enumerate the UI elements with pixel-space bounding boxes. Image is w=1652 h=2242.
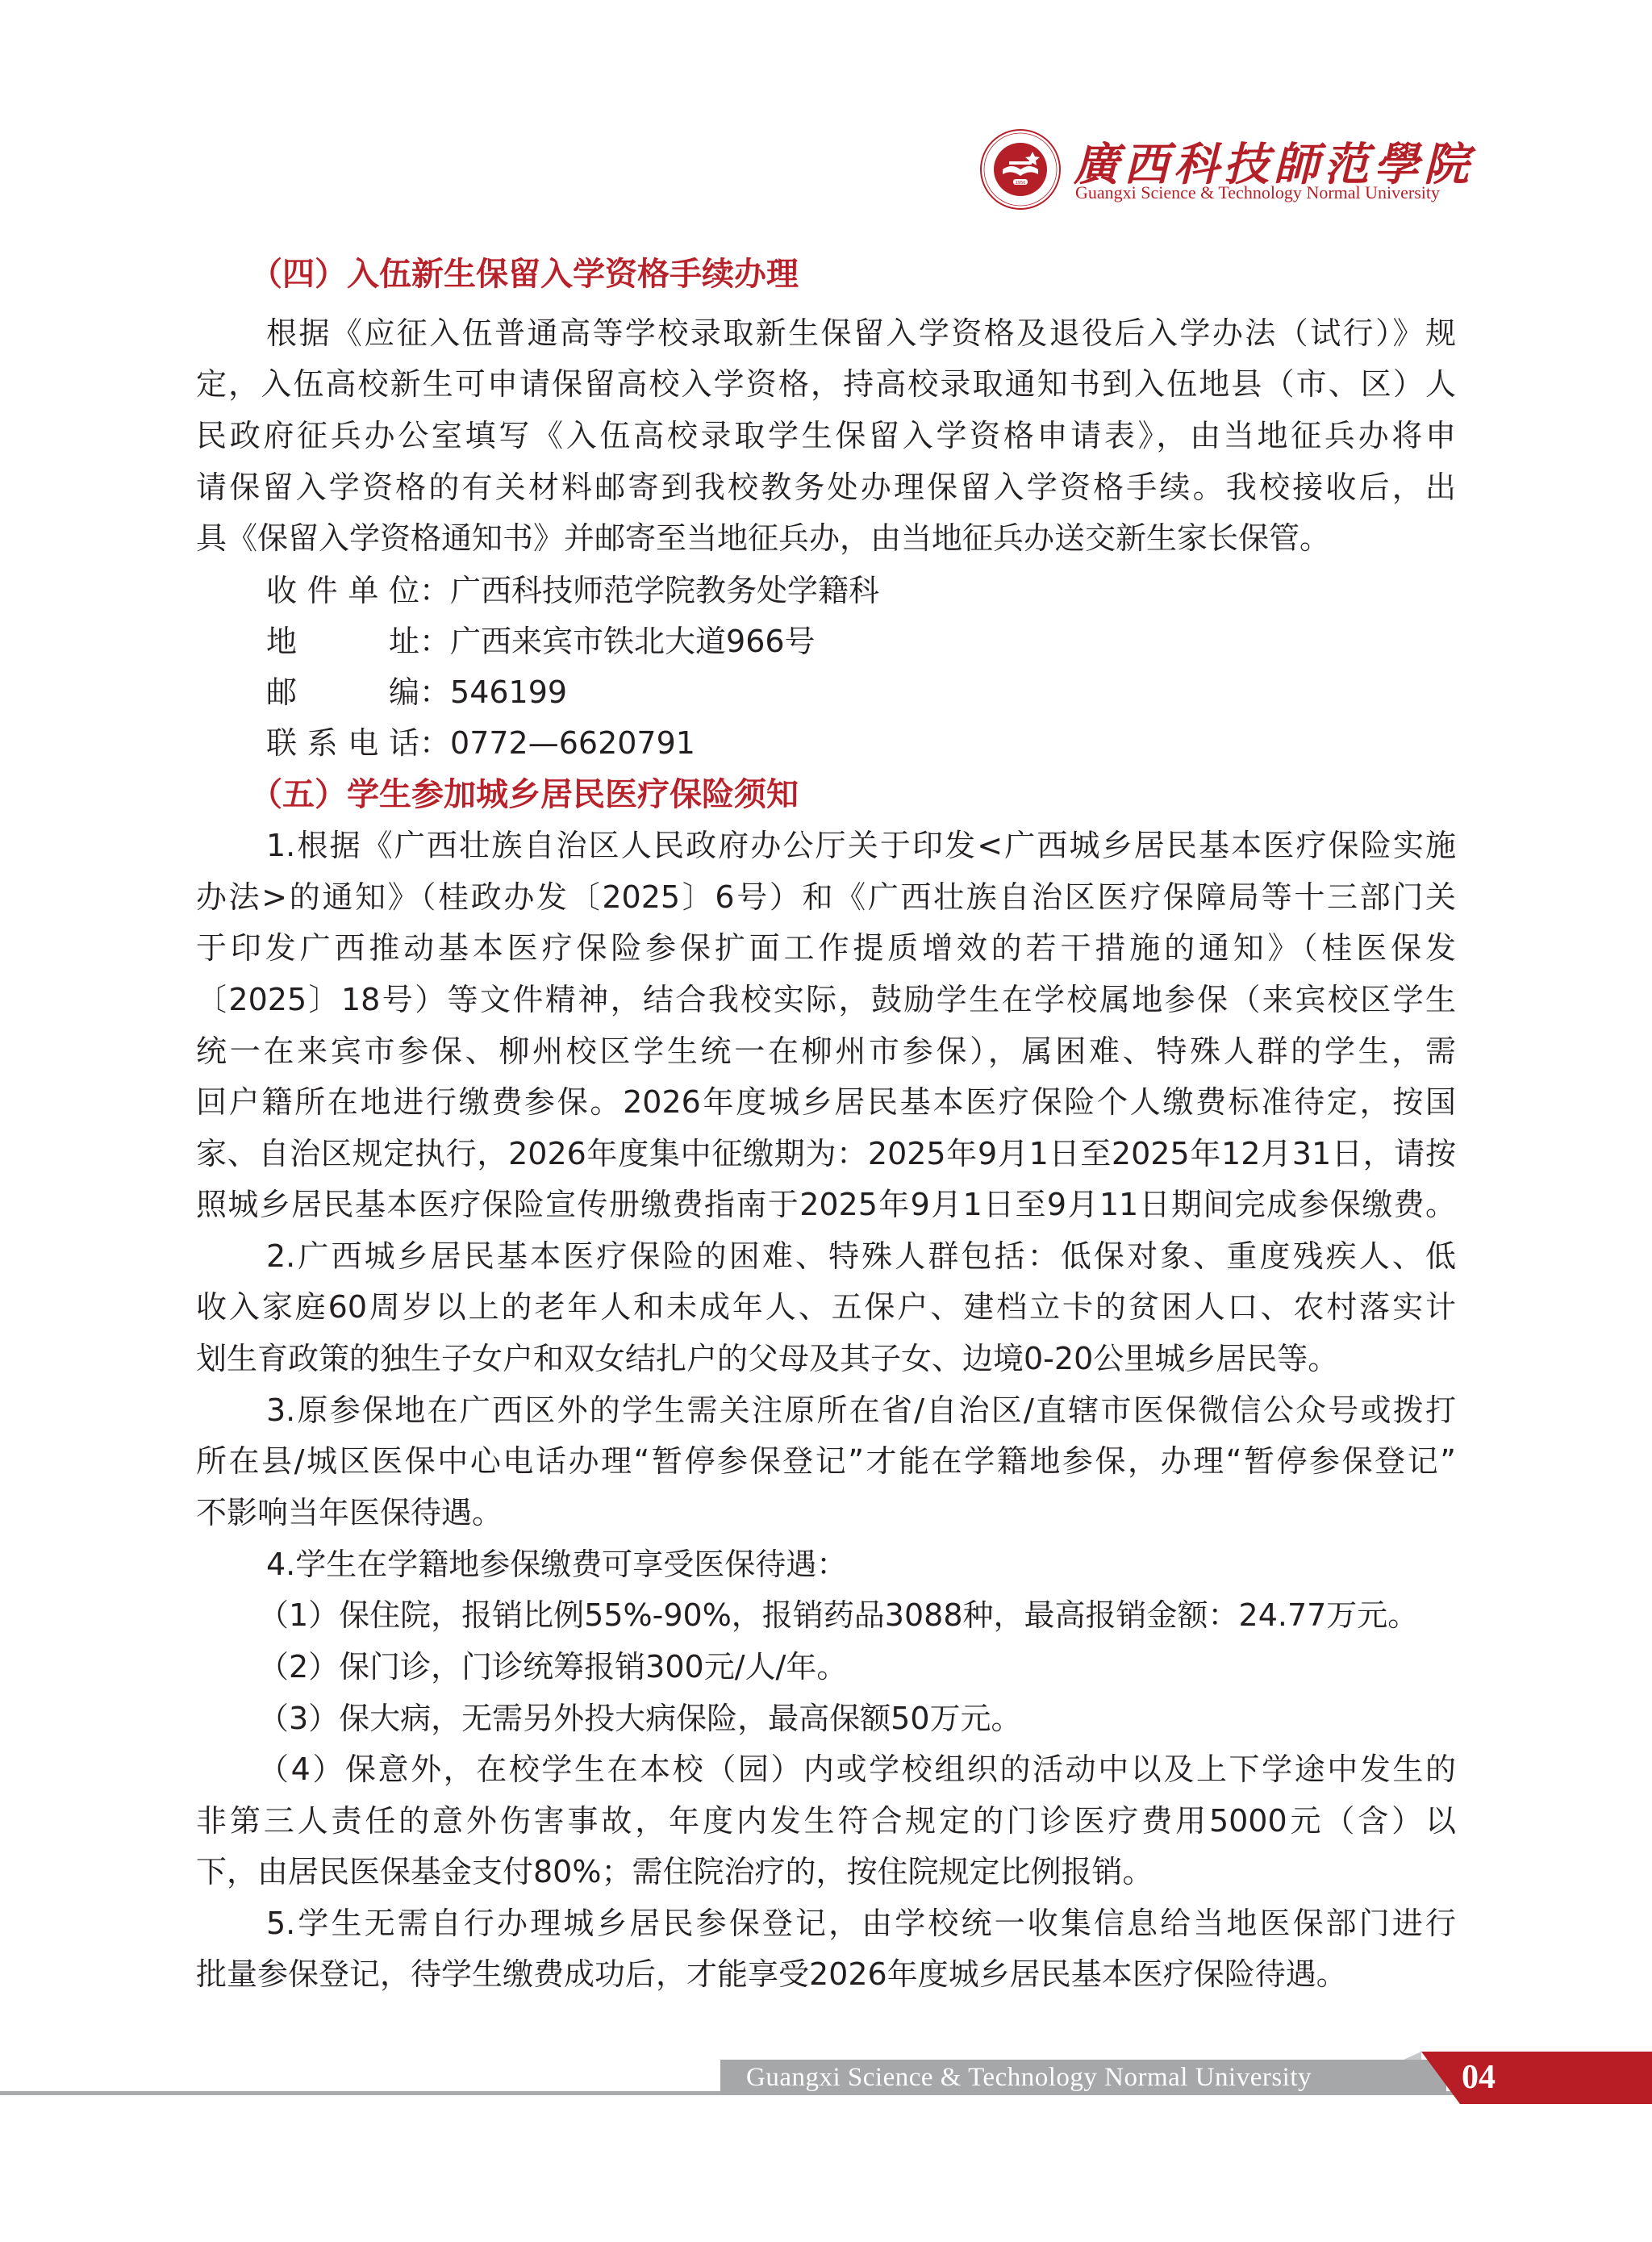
page-number: 04 [1462, 2052, 1496, 2104]
contact-value: 广西科技师范学院教务处学籍科 [450, 573, 879, 608]
paragraph-line: 3.原参保地在广西区外的学生需关注原所在省/自治区/直辖市医保微信公众号或拨打 [266, 1384, 1456, 1436]
paragraph-line: （1）保住院，报销比例55%-90%，报销药品3088种，最高报销金额：24.7… [258, 1589, 1456, 1641]
paragraph-line: 非第三人责任的意外伤害事故，年度内发生符合规定的门诊医疗费用5000元（含）以 [196, 1795, 1456, 1847]
paragraph-line: 根据《应征入伍普通高等学校录取新生保留入学资格及退役后入学办法（试行）》规 [266, 307, 1456, 359]
paragraph-line: 5.学生无需自行办理城乡居民参保登记，由学校统一收集信息给当地医保部门进行 [266, 1898, 1456, 1949]
paragraph-line: 划生育政策的独生子女户和双女结扎户的父母及其子女、边境0-20公里城乡居民等。 [196, 1333, 1456, 1384]
footer-university-name: Guangxi Science & Technology Normal Univ… [746, 2060, 1312, 2095]
contact-value: 0772—6620791 [450, 725, 695, 761]
paragraph-line: 批量参保登记，待学生缴费成功后，才能享受2026年度城乡居民基本医疗保险待遇。 [196, 1948, 1456, 2000]
logo-english-name: Guangxi Science & Technology Normal Univ… [1075, 182, 1440, 203]
paragraph-line: 所在县/城区医保中心电话办理“暂停参保登记”才能在学籍地参保，办理“暂停参保登记… [196, 1435, 1456, 1487]
paragraph-line: 照城乡居民基本医疗保险宣传册缴费指南于2025年9月1日至9月11日期间完成参保… [196, 1179, 1456, 1230]
paragraph-line: 4.学生在学籍地参保缴费可享受医保待遇： [266, 1539, 1456, 1590]
contact-label: 收件单位 [266, 565, 419, 616]
contact-postcode: 邮编：546199 [266, 666, 567, 718]
page-number-tab [1421, 2052, 1652, 2104]
university-logo: 1950 廣西科技師范學院 Guangxi Science & Technolo… [978, 127, 1624, 216]
paragraph-line: 办法>的通知》（桂政办发〔2025〕6号）和《广西壮族自治区医疗保障局等十三部门… [196, 871, 1456, 923]
paragraph-line: （2）保门诊，门诊统筹报销300元/人/年。 [258, 1641, 1456, 1693]
paragraph-line: 统一在来宾市参保、柳州校区学生统一在柳州市参保），属困难、特殊人群的学生，需 [196, 1025, 1456, 1077]
paragraph-line: 不影响当年医保待遇。 [196, 1487, 1456, 1539]
contact-label: 邮编 [266, 666, 419, 718]
paragraph-line: 家、自治区规定执行，2026年度集中征缴期为：2025年9月1日至2025年12… [196, 1128, 1456, 1179]
university-seal-icon: 1950 [978, 127, 1062, 211]
paragraph-line: 〔2025〕18号）等文件精神，结合我校实际，鼓励学生在学校属地参保（来宾校区学… [196, 974, 1456, 1025]
paragraph-line: 下，由居民医保基金支付80%；需住院治疗的，按住院规定比例报销。 [196, 1846, 1456, 1898]
paragraph-line: 于印发广西推动基本医疗保险参保扩面工作提质增效的若干措施的通知》（桂医保发 [196, 922, 1456, 974]
contact-label: 联系电话 [266, 717, 419, 769]
paragraph-line: 1.根据《广西壮族自治区人民政府办公厅关于印发<广西城乡居民基本医疗保险实施 [266, 820, 1456, 871]
footer-fold-decoration [1404, 2052, 1421, 2060]
paragraph-line: 民政府征兵办公室填写《入伍高校录取学生保留入学资格申请表》，由当地征兵办将申 [196, 410, 1456, 461]
paragraph-line: 具《保留入学资格通知书》并邮寄至当地征兵办，由当地征兵办送交新生家长保管。 [196, 512, 1456, 564]
section-heading-5: （五）学生参加城乡居民医疗保险须知 [250, 769, 799, 820]
paragraph-line: 定，入伍高校新生可申请保留高校入学资格，持高校录取通知书到入伍地县（市、区）人 [196, 358, 1456, 410]
contact-value: 546199 [450, 674, 567, 710]
paragraph-line: （3）保大病，无需另外投大病保险，最高保额50万元。 [258, 1693, 1456, 1744]
section-heading-4: （四）入伍新生保留入学资格手续办理 [250, 248, 799, 300]
paragraph-line: （4）保意外，在校学生在本校（园）内或学校组织的活动中以及上下学途中发生的 [258, 1743, 1456, 1795]
contact-label: 地址 [266, 616, 419, 667]
svg-text:1950: 1950 [1016, 181, 1026, 186]
paragraph-line: 请保留入学资格的有关材料邮寄到我校教务处办理保留入学资格手续。我校接收后，出 [196, 461, 1456, 513]
contact-recipient: 收件单位：广西科技师范学院教务处学籍科 [266, 565, 879, 616]
contact-address: 地址：广西来宾市铁北大道966号 [266, 616, 816, 667]
contact-phone: 联系电话：0772—6620791 [266, 717, 695, 769]
contact-value: 广西来宾市铁北大道966号 [450, 624, 816, 659]
paragraph-line: 回户籍所在地进行缴费参保。2026年度城乡居民基本医疗保险个人缴费标准待定，按国 [196, 1076, 1456, 1128]
paragraph-line: 收入家庭60周岁以上的老年人和未成年人、五保户、建档立卡的贫困人口、农村落实计 [196, 1281, 1456, 1333]
paragraph-line: 2.广西城乡居民基本医疗保险的困难、特殊人群包括：低保对象、重度残疾人、低 [266, 1230, 1456, 1282]
